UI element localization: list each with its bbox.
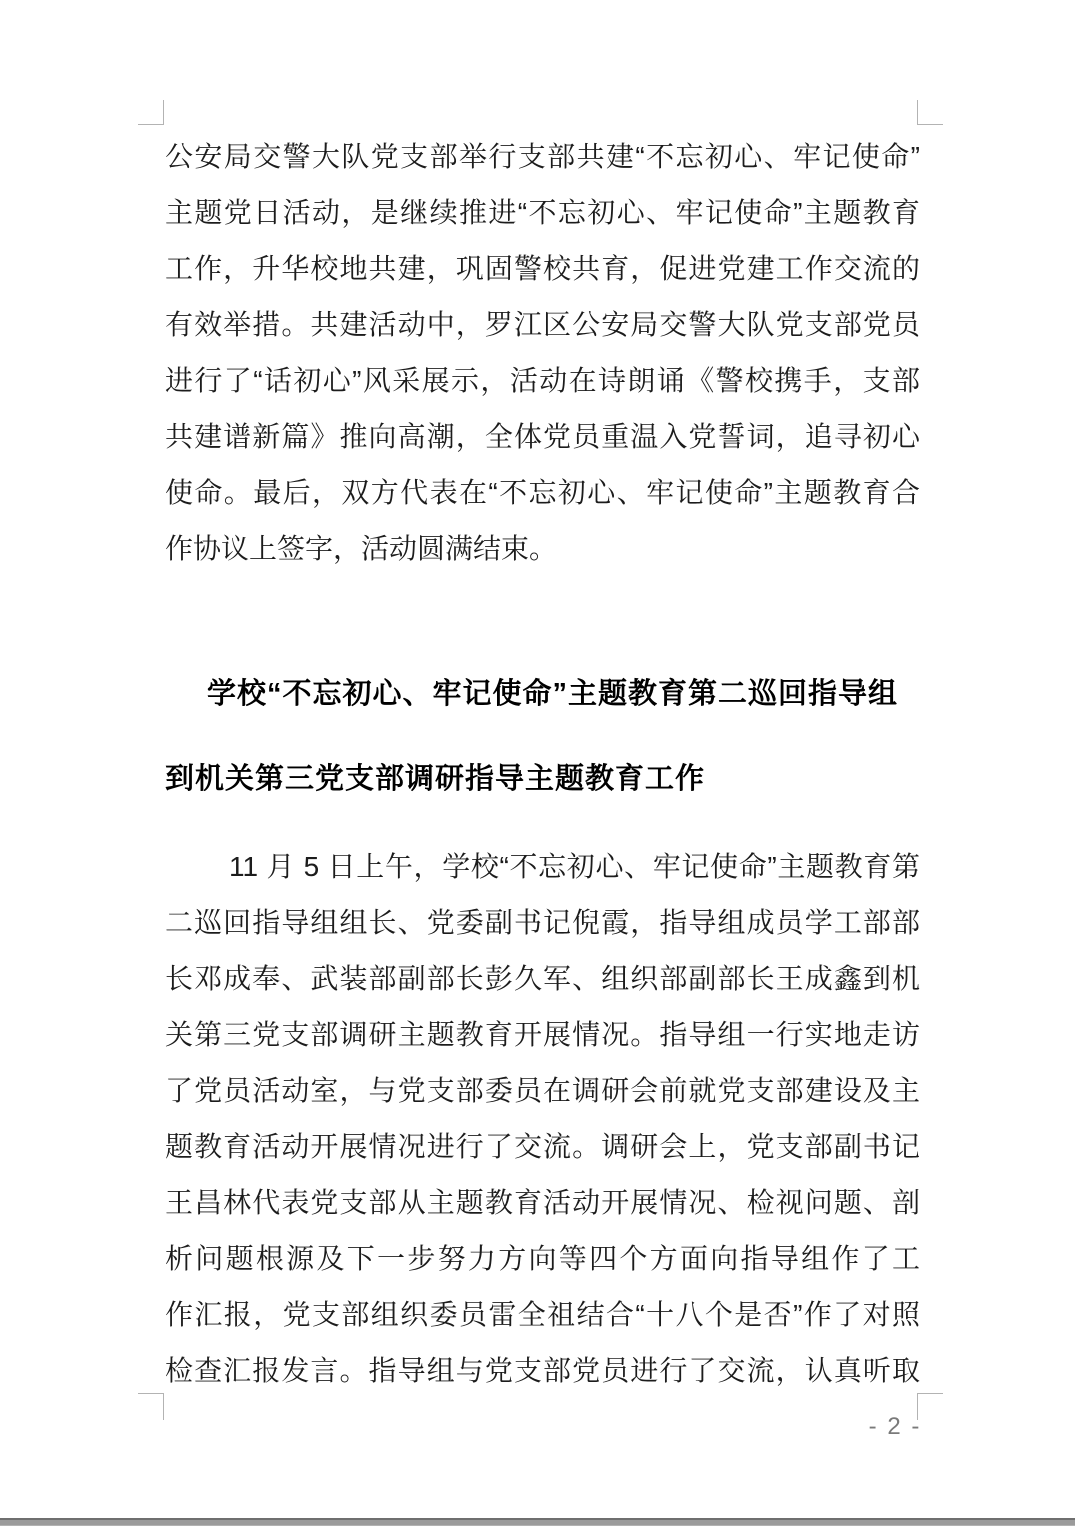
paragraph-2: 11 月 5 日上午，学校“不忘初心、牢记使命”主题教育第 二巡回指导组组长、党…	[165, 839, 920, 1399]
paragraph-2-line: 长邓成奉、武装部副部长彭久军、组织部副部长王成鑫到机	[165, 951, 920, 1007]
paragraph-1-line: 共建谱新篇》推向高潮，全体党员重温入党誓词，追寻初心	[165, 409, 920, 465]
margin-corner-mark-top-right	[917, 100, 943, 125]
margin-corner-mark-bottom-left	[138, 1393, 164, 1420]
paragraph-1-line: 使命。最后，双方代表在“不忘初心、牢记使命”主题教育合	[165, 465, 920, 521]
paragraph-2-line: 题教育活动开展情况进行了交流。调研会上，党支部副书记	[165, 1119, 920, 1175]
page-bottom-edge	[0, 1518, 1075, 1526]
paragraph-2-line: 析问题根源及下一步努力方向等四个方面向指导组作了工	[165, 1231, 920, 1287]
margin-corner-mark-top-left	[138, 100, 164, 125]
paragraph-1-line: 主题党日活动，是继续推进“不忘初心、牢记使命”主题教育	[165, 185, 920, 241]
paragraph-2-line: 作汇报，党支部组织委员雷全祖结合“十八个是否”作了对照	[165, 1287, 920, 1343]
paragraph-1-line: 公安局交警大队党支部举行支部共建“不忘初心、牢记使命”	[165, 129, 920, 185]
page-number: - 2 -	[863, 1412, 927, 1442]
paragraph-2-line: 二巡回指导组组长、党委副书记倪霞，指导组成员学工部部	[165, 895, 920, 951]
document-page: 公安局交警大队党支部举行支部共建“不忘初心、牢记使命” 主题党日活动，是继续推进…	[0, 0, 1075, 1529]
paragraph-1-line: 有效举措。共建活动中，罗江区公安局交警大队党支部党员	[165, 297, 920, 353]
paragraph-2-first-line: 11 月 5 日上午，学校“不忘初心、牢记使命”主题教育第	[165, 839, 920, 895]
paragraph-1-last-line: 作协议上签字，活动圆满结束。	[165, 521, 920, 577]
paragraph-2-line: 检查汇报发言。指导组与党支部党员进行了交流，认真听取	[165, 1343, 920, 1399]
paragraph-1-line: 进行了“话初心”风采展示，活动在诗朗诵《警校携手，支部	[165, 353, 920, 409]
paragraph-2-line: 关第三党支部调研主题教育开展情况。指导组一行实地走访	[165, 1007, 920, 1063]
paragraph-1: 公安局交警大队党支部举行支部共建“不忘初心、牢记使命” 主题党日活动，是继续推进…	[165, 129, 920, 577]
paragraph-2-line: 王昌林代表党支部从主题教育活动开展情况、检视问题、剖	[165, 1175, 920, 1231]
section-heading-line-1: 学校“不忘初心、牢记使命”主题教育第二巡回指导组	[165, 666, 920, 722]
paragraph-2-line: 了党员活动室，与党支部委员在调研会前就党支部建设及主	[165, 1063, 920, 1119]
paragraph-1-line: 工作，升华校地共建，巩固警校共育，促进党建工作交流的	[165, 241, 920, 297]
section-heading-line-2: 到机关第三党支部调研指导主题教育工作	[165, 751, 920, 807]
